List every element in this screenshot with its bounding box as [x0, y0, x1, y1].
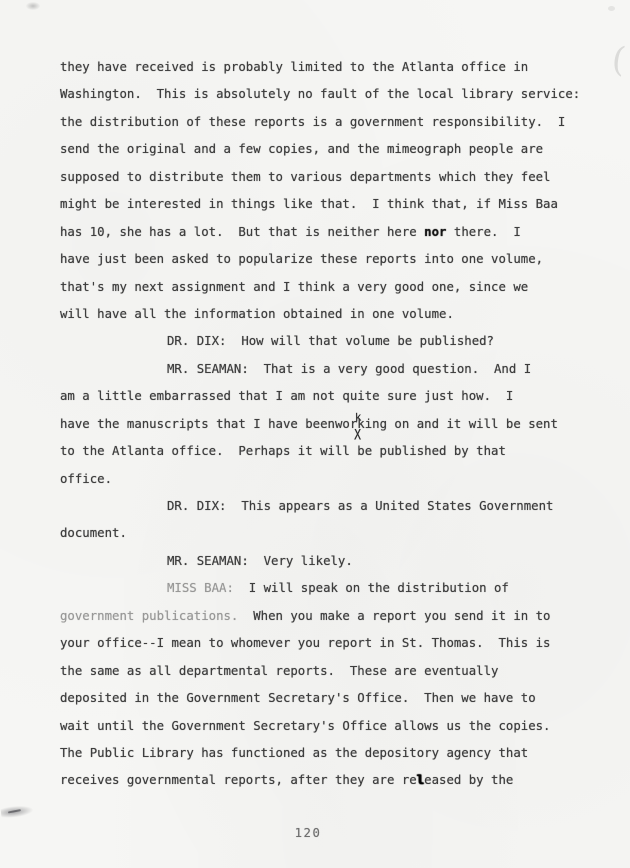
scan-artifact-dot	[608, 6, 615, 11]
text-line: DR. DIX: How will that volume be publish…	[60, 328, 608, 355]
text-line: wait until the Government Secretary's Of…	[60, 713, 608, 740]
text-run-faint: government publications.	[60, 609, 238, 623]
text-line: am a little embarrassed that I am not qu…	[60, 383, 608, 410]
text-run: wait until the Government Secretary's Of…	[60, 719, 550, 733]
scan-artifact-mark: (	[609, 39, 627, 80]
handwritten-crossout-mark: X	[354, 419, 361, 452]
text-run-corrected: kkX	[357, 417, 364, 431]
text-line: document.	[60, 520, 608, 547]
text-line: receives governmental reports, after the…	[60, 767, 608, 794]
text-line: send the original and a few copies, and …	[60, 136, 608, 163]
text-run: has 10, she has a lot. But that is neith…	[60, 225, 424, 239]
text-line: the same as all departmental reports. Th…	[60, 658, 608, 685]
text-run: send the original and a few copies, and …	[60, 142, 543, 156]
text-line: office.	[60, 466, 608, 493]
text-run: am a little embarrassed that I am not qu…	[60, 389, 513, 403]
text-run: I will speak on the distribution of	[234, 581, 509, 595]
text-run: MR. SEAMAN: Very likely.	[167, 554, 353, 568]
text-run: When you make a report you send it in to	[238, 609, 550, 623]
text-run-faint: MISS BAA:	[167, 581, 234, 595]
text-line: have the manuscripts that I have beenwor…	[60, 411, 608, 438]
text-line: your office--I mean to whomever you repo…	[60, 630, 608, 657]
text-run: the distribution of these reports is a g…	[60, 115, 565, 129]
text-run: DR. DIX: How will that volume be publish…	[167, 334, 494, 348]
text-run: that's my next assignment and I think a …	[60, 280, 528, 294]
text-line: Washington. This is absolutely no fault …	[60, 81, 608, 108]
text-line: MR. SEAMAN: Very likely.	[60, 548, 608, 575]
text-run: receives governmental reports, after the…	[60, 773, 417, 787]
text-run: MR. SEAMAN: That is a very good question…	[167, 362, 531, 376]
text-run: the same as all departmental reports. Th…	[60, 664, 498, 678]
text-line: has 10, she has a lot. But that is neith…	[60, 219, 608, 246]
text-run: office.	[60, 472, 112, 486]
text-run: to the Atlanta office. Perhaps it will b…	[60, 444, 506, 458]
text-run: they have received is probably limited t…	[60, 60, 528, 74]
text-run: your office--I mean to whomever you repo…	[60, 636, 550, 650]
text-run: deposited in the Government Secretary's …	[60, 691, 536, 705]
text-line: the distribution of these reports is a g…	[60, 109, 608, 136]
text-run: there. I	[446, 225, 520, 239]
text-run: will have all the information obtained i…	[60, 307, 454, 321]
text-block: they have received is probably limited t…	[60, 54, 608, 795]
text-run: have the manuscripts that I have beenwor	[60, 417, 357, 431]
ink-smudge-bottom-left	[1, 804, 34, 818]
ink-smudge-top-left	[26, 2, 40, 10]
text-run: document.	[60, 526, 127, 540]
text-line: MISS BAA: I will speak on the distributi…	[60, 575, 608, 602]
text-line: they have received is probably limited t…	[60, 54, 608, 81]
text-run-smudge: nor	[424, 225, 446, 239]
text-run: might be interested in things like that.…	[60, 197, 558, 211]
text-line: DR. DIX: This appears as a United States…	[60, 493, 608, 520]
text-run: DR. DIX: This appears as a United States…	[167, 499, 553, 513]
text-line: MR. SEAMAN: That is a very good question…	[60, 356, 608, 383]
text-line: to the Atlanta office. Perhaps it will b…	[60, 438, 608, 465]
text-run: have just been asked to popularize these…	[60, 252, 543, 266]
text-run: eased by the	[424, 773, 513, 787]
text-run: The Public Library has functioned as the…	[60, 746, 528, 760]
page-number: 120	[0, 826, 616, 840]
document-page: ( they have received is probably limited…	[0, 0, 630, 868]
text-run: Washington. This is absolutely no fault …	[60, 87, 580, 101]
text-line: government publications. When you make a…	[60, 603, 608, 630]
text-line: that's my next assignment and I think a …	[60, 274, 608, 301]
text-run: supposed to distribute them to various d…	[60, 170, 550, 184]
text-line: deposited in the Government Secretary's …	[60, 685, 608, 712]
text-line: have just been asked to popularize these…	[60, 246, 608, 273]
text-line: supposed to distribute them to various d…	[60, 164, 608, 191]
text-line: will have all the information obtained i…	[60, 301, 608, 328]
text-line: might be interested in things like that.…	[60, 191, 608, 218]
text-line: The Public Library has functioned as the…	[60, 740, 608, 767]
text-run: ing on and it will be sent	[365, 417, 558, 431]
